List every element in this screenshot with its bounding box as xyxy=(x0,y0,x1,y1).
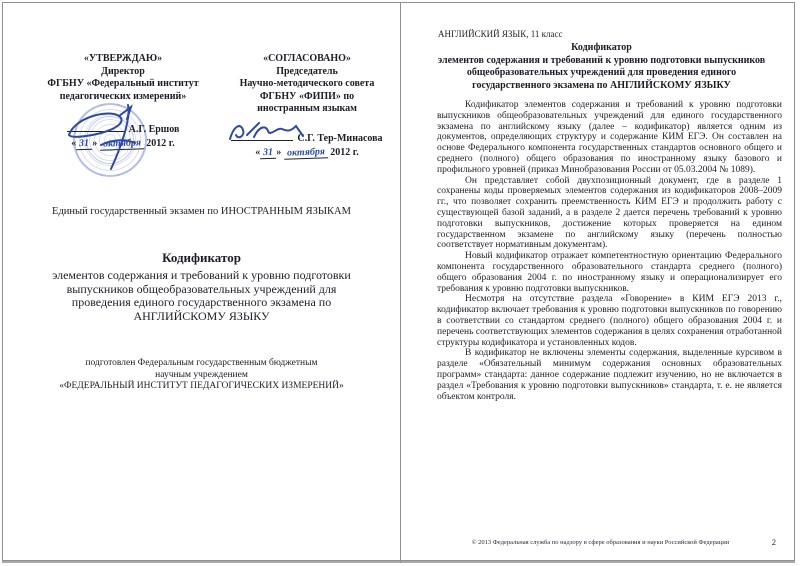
date-line: «31» октября 2012 г. xyxy=(219,147,395,159)
exam-type-line: Единый государственный экзамен по ИНОСТР… xyxy=(3,206,400,217)
body-paragraph: В кодификатор не включены элементы содер… xyxy=(437,348,782,402)
document-subtitle-line: АНГЛИЙСКОМУ ЯЗЫКУ xyxy=(3,310,400,324)
page-footer: © 2013 Федеральная служба по надзору в с… xyxy=(431,537,784,547)
page-left: «УТВЕРЖДАЮ» Директор ФГБНУ «Федеральный … xyxy=(2,2,401,561)
ershov-signature-icon xyxy=(61,99,173,173)
document-spread: «УТВЕРЖДАЮ» Директор ФГБНУ «Федеральный … xyxy=(0,0,800,566)
handwritten-month: октября xyxy=(284,146,328,160)
document-subtitle-line: элементов содержания и требований к уров… xyxy=(3,269,400,283)
document-title: Кодификатор xyxy=(3,250,400,266)
ter-minasova-signature-icon xyxy=(227,119,305,145)
page-right: АНГЛИЙСКИЙ ЯЗЫК, 11 класс Кодификатор эл… xyxy=(400,2,795,561)
body-paragraph: Несмотря на отсутствие раздела «Говорени… xyxy=(437,294,782,348)
agree-heading-line: «СОГЛАСОВАНО» xyxy=(219,53,395,66)
approve-heading-line: Директор xyxy=(29,66,217,79)
page-body: Кодификатор элементов содержания и требо… xyxy=(437,100,782,402)
body-paragraph: Он представляет собой двухпозиционный до… xyxy=(437,176,782,252)
agree-heading-line: Научно-методического совета xyxy=(219,78,395,91)
footer-copyright: © 2013 Федеральная служба по надзору в с… xyxy=(431,539,770,546)
agree-heading-line: иностранным языкам xyxy=(219,103,395,116)
document-subtitle-line: проведения единого государственного экза… xyxy=(3,296,400,310)
agree-heading-line: Председатель xyxy=(219,66,395,79)
handwritten-day: 31 xyxy=(260,146,276,159)
approve-heading-line: «УТВЕРЖДАЮ» xyxy=(29,53,217,66)
prepared-by-line: научным учреждением xyxy=(3,370,400,382)
page-title-line: общеобразовательных учреждений для прове… xyxy=(417,67,786,80)
document-title-block: Кодификатор элементов содержания и требо… xyxy=(3,250,400,323)
page-title: Кодификатор элементов содержания и требо… xyxy=(417,42,786,92)
page-header: АНГЛИЙСКИЙ ЯЗЫК, 11 класс xyxy=(438,29,563,39)
page-title-line: элементов содержания и требований к уров… xyxy=(417,55,786,68)
body-paragraph: Новый кодификатор отражает компетентност… xyxy=(437,251,782,294)
agree-heading-line: ФГБНУ «ФИПИ» по xyxy=(219,91,395,104)
page-title-line: Кодификатор xyxy=(417,42,786,55)
prepared-by-block: подготовлен Федеральным государственным … xyxy=(3,358,400,393)
prepared-by-line: «ФЕДЕРАЛЬНЫЙ ИНСТИТУТ ПЕДАГОГИЧЕСКИХ ИЗМ… xyxy=(3,381,400,393)
document-subtitle-line: выпускников общеобразовательных учрежден… xyxy=(3,283,400,297)
approve-heading-line: ФГБНУ «Федеральный институт xyxy=(29,78,217,91)
page-title-line: государственного экзамена по АНГЛИЙСКОМУ… xyxy=(417,80,786,93)
page-number: 2 xyxy=(772,537,776,547)
body-paragraph: Кодификатор элементов содержания и требо… xyxy=(437,100,782,176)
prepared-by-line: подготовлен Федеральным государственным … xyxy=(3,358,400,370)
